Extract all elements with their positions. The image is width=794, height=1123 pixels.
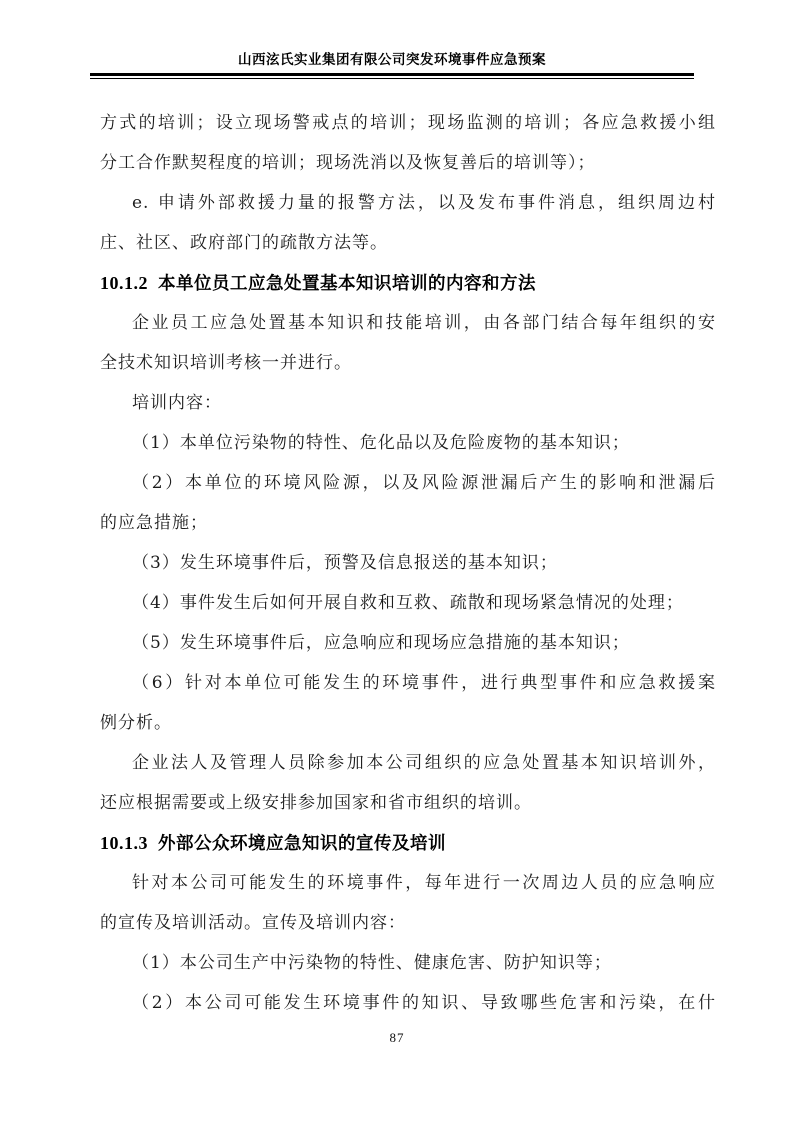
text-line: 培训内容： bbox=[100, 383, 716, 423]
document-header-title: 山西泫氏实业集团有限公司突发环境事件应急预案 bbox=[90, 48, 694, 68]
text-line: e. 申请外部救援力量的报警方法，以及发布事件消息，组织周边村 bbox=[100, 183, 716, 223]
text-line: 全技术知识培训考核一并进行。 bbox=[100, 343, 716, 383]
text-line: 分工合作默契程度的培训；现场洗消以及恢复善后的培训等）； bbox=[100, 143, 716, 183]
text-line: 方式的培训；设立现场警戒点的培训；现场监测的培训；各应急救援小组 bbox=[100, 103, 716, 143]
text-line: 针对本公司可能发生的环境事件，每年进行一次周边人员的应急响应 bbox=[100, 863, 716, 903]
section-heading: 10.1.2本单位员工应急处置基本知识培训的内容和方法 bbox=[100, 263, 716, 303]
page-header: 山西泫氏实业集团有限公司突发环境事件应急预案 bbox=[90, 48, 694, 79]
text-line: （5）发生环境事件后，应急响应和现场应急措施的基本知识； bbox=[100, 623, 716, 663]
text-line: 企业法人及管理人员除参加本公司组织的应急处置基本知识培训外， bbox=[100, 743, 716, 783]
text-line: 的宣传及培训活动。宣传及培训内容： bbox=[100, 903, 716, 943]
text-line: （3）发生环境事件后，预警及信息报送的基本知识； bbox=[100, 543, 716, 583]
section-number: 10.1.3 bbox=[100, 833, 148, 853]
text-line: 例分析。 bbox=[100, 703, 716, 743]
content-lines: 方式的培训；设立现场警戒点的培训；现场监测的培训；各应急救援小组分工合作默契程度… bbox=[100, 103, 716, 1023]
text-line: （2）本单位的环境风险源，以及风险源泄漏后产生的影响和泄漏后 bbox=[100, 463, 716, 503]
section-title: 外部公众环境应急知识的宣传及培训 bbox=[158, 834, 446, 854]
header-rule-thin bbox=[90, 78, 694, 79]
text-line: 还应根据需要或上级安排参加国家和省市组织的培训。 bbox=[100, 783, 716, 823]
text-line: 企业员工应急处置基本知识和技能培训，由各部门结合每年组织的安 bbox=[100, 303, 716, 343]
text-line: （4）事件发生后如何开展自救和互救、疏散和现场紧急情况的处理； bbox=[100, 583, 716, 623]
section-heading: 10.1.3外部公众环境应急知识的宣传及培训 bbox=[100, 823, 716, 863]
text-line: 的应急措施； bbox=[100, 503, 716, 543]
header-rule-thick bbox=[90, 73, 694, 76]
text-line: 庄、社区、政府部门的疏散方法等。 bbox=[100, 223, 716, 263]
text-line: （1）本单位污染物的特性、危化品以及危险废物的基本知识； bbox=[100, 423, 716, 463]
text-line: （2）本公司可能发生环境事件的知识、导致哪些危害和污染，在什 bbox=[100, 983, 716, 1023]
text-line: （6）针对本单位可能发生的环境事件，进行典型事件和应急救援案 bbox=[100, 663, 716, 703]
text-line: （1）本公司生产中污染物的特性、健康危害、防护知识等； bbox=[100, 943, 716, 983]
section-title: 本单位员工应急处置基本知识培训的内容和方法 bbox=[158, 274, 536, 294]
page-number: 87 bbox=[0, 1030, 794, 1046]
section-number: 10.1.2 bbox=[100, 273, 148, 293]
document-page: 山西泫氏实业集团有限公司突发环境事件应急预案 方式的培训；设立现场警戒点的培训；… bbox=[0, 0, 794, 1123]
